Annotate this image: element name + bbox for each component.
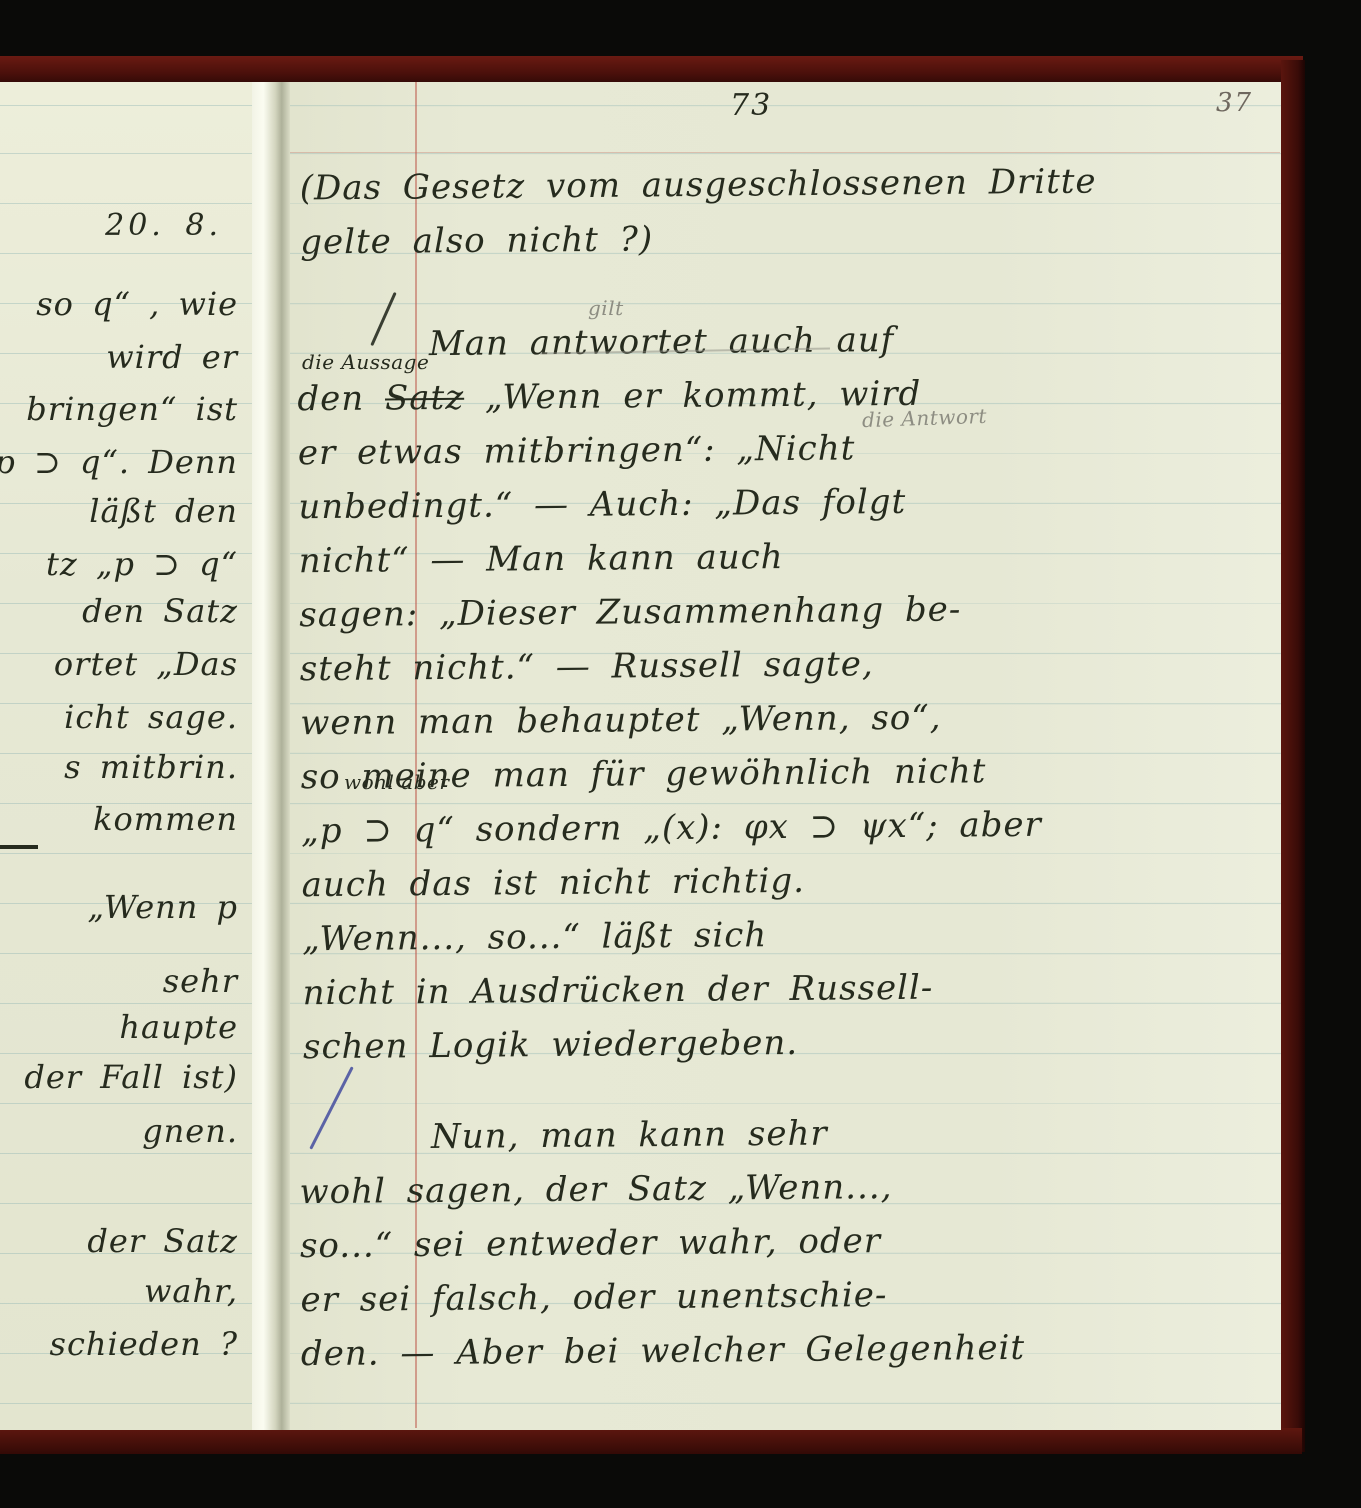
text-line: auch das ist nicht richtig.: [301, 852, 1042, 912]
interlinear-correction-ink: die Aussage: [302, 350, 429, 374]
text-line: (Das Gesetz vom ausgeschlossenen Dritte: [300, 155, 1097, 216]
text-line: „p ⊃ q“ sondern „(x): φx ⊃ ψx“; aber: [301, 798, 1042, 858]
text-segment: den: [297, 378, 385, 419]
entry-date: 20. 8.: [105, 208, 222, 243]
text-line: wenn man behauptet „Wenn, so“,: [300, 690, 1041, 750]
left-page-fragment: so q“ , wie: [36, 285, 238, 323]
left-page-fragment: schieden ?: [50, 1325, 238, 1363]
text-line: steht nicht.“ — Russell sagte,: [300, 636, 1041, 696]
page-number: 73: [730, 88, 772, 123]
book-cover-top-edge: [0, 56, 1303, 85]
text-line: gelte also nicht ?): [300, 209, 1097, 270]
left-page-fragment: läßt den: [89, 492, 238, 530]
interlinear-note-pencil: die Antwort: [862, 404, 988, 432]
marginal-dash-mark: [0, 845, 38, 849]
left-page-fragment: wahr,: [144, 1272, 238, 1310]
text-line: so...“ sei entweder wahr, oder: [300, 1213, 1025, 1273]
folio-number-pencil: 37: [1216, 88, 1253, 118]
text-line: wohl sagen, der Satz „Wenn...,: [299, 1159, 1024, 1219]
left-page-fragment: gnen.: [142, 1112, 238, 1150]
left-page-fragment: icht sage.: [64, 698, 238, 736]
interlinear-note-pencil: gilt: [588, 296, 624, 320]
text-line: er sei falsch, oder unentschie-: [300, 1267, 1025, 1327]
text-line: den. — Aber bei welcher Gelegenheit: [301, 1321, 1026, 1381]
left-page-fragment: bringen“ ist: [26, 390, 238, 428]
left-page-fragment: der Satz: [87, 1222, 238, 1260]
book-cover-bottom-edge: [0, 1428, 1302, 1454]
text-line: nicht“ — Man kann auch: [299, 528, 1040, 588]
interlinear-correction-ink: wohl aber: [344, 770, 449, 794]
book-cover-right-edge: [1281, 60, 1305, 1452]
text-line: sagen: „Dieser Zusammenhang be-: [299, 582, 1040, 642]
text-line: „Wenn..., so...“ läßt sich: [302, 906, 1043, 966]
red-top-rule: [290, 152, 1280, 153]
struck-word: Satz: [385, 378, 464, 419]
left-page-fragment: p ⊃ q“. Denn: [0, 443, 238, 481]
text-line: unbedingt.“ — Auch: „Das folgt: [298, 474, 1039, 534]
left-page-fragment: der Fall ist): [24, 1058, 238, 1096]
left-page-fragment: ortet „Das: [54, 645, 238, 683]
left-page-fragment: kommen: [93, 800, 238, 838]
left-page-fragment: tz „p ⊃ q“: [46, 545, 238, 583]
page-gutter-fold: [252, 82, 290, 1430]
left-page-fragment: wird er: [106, 338, 238, 376]
left-page-fragment: haupte: [119, 1008, 238, 1046]
manuscript-photo: 20. 8. so q“ , wie wird er bringen“ ist …: [0, 0, 1361, 1508]
left-page-fragment: sehr: [163, 962, 238, 1000]
text-line: nicht in Ausdrücken der Russell-: [302, 960, 1043, 1020]
left-page-fragment: den Satz: [82, 592, 238, 630]
left-page-fragment: „Wenn p: [87, 888, 238, 926]
text-line: schen Logik wiedergeben.: [303, 1014, 1044, 1074]
text-segment: „Wenn er kommt, wird: [464, 374, 921, 418]
left-page-fragment: s mitbrin.: [64, 748, 238, 786]
paragraph-top: (Das Gesetz vom ausgeschlossenen Dritte …: [300, 155, 1098, 270]
left-page: 20. 8. so q“ , wie wird er bringen“ ist …: [0, 82, 252, 1430]
paragraph-2: Nun, man kann sehr wohl sagen, der Satz …: [299, 1105, 1025, 1381]
text-line: Nun, man kann sehr: [299, 1105, 1024, 1165]
